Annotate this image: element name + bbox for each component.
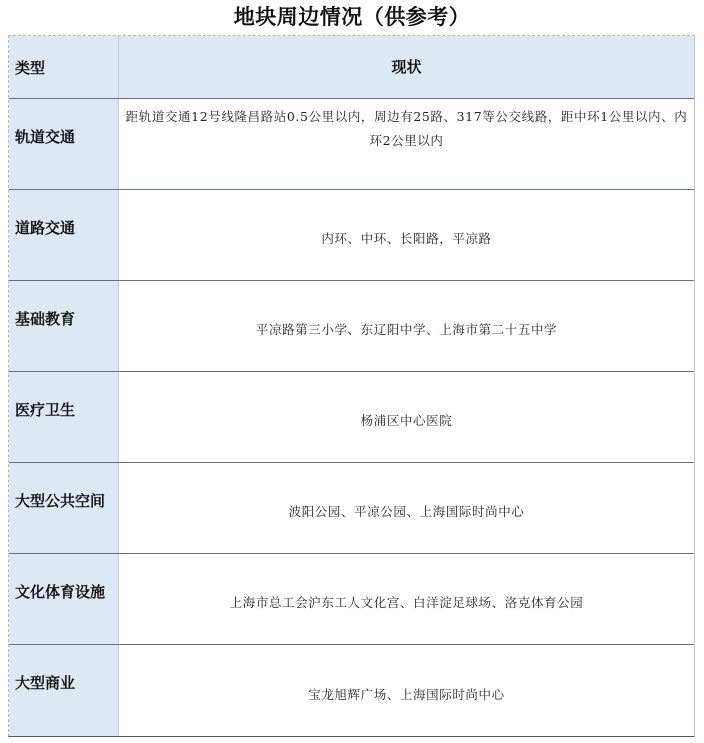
row-type: 轨道交通 [9,99,119,189]
row-status: 内环、中环、长阳路，平凉路 [119,190,694,280]
table-header-row: 类型 现状 [9,36,694,99]
header-status: 现状 [119,36,694,98]
header-type: 类型 [9,36,119,98]
table-row: 基础教育 平凉路第三小学、东辽阳中学、上海市第二十五中学 [9,281,694,372]
surroundings-table: 类型 现状 轨道交通 距轨道交通12号线隆昌路站0.5公里以内，周边有25路、3… [8,35,695,737]
page-title: 地块周边情况（供参考） [0,2,704,32]
row-status: 距轨道交通12号线隆昌路站0.5公里以内，周边有25路、317等公交线路，距中环… [119,99,694,189]
row-status-text: 杨浦区中心医院 [361,409,453,433]
row-type: 大型公共空间 [9,463,119,553]
row-status: 波阳公园、平凉公园、上海国际时尚中心 [119,463,694,553]
row-type: 文化体育设施 [9,554,119,644]
row-status: 杨浦区中心医院 [119,372,694,462]
row-status: 平凉路第三小学、东辽阳中学、上海市第二十五中学 [119,281,694,371]
row-status: 宝龙旭辉广场、上海国际时尚中心 [119,645,694,736]
table-row: 文化体育设施 上海市总工会沪东工人文化宫、白洋淀足球场、洛克体育公园 [9,554,694,645]
row-status-text: 内环、中环、长阳路，平凉路 [321,227,491,251]
row-status-text: 上海市总工会沪东工人文化宫、白洋淀足球场、洛克体育公园 [230,591,584,615]
row-status-text: 波阳公园、平凉公园、上海国际时尚中心 [289,500,525,524]
row-status-text: 宝龙旭辉广场、上海国际时尚中心 [308,683,505,707]
row-status: 上海市总工会沪东工人文化宫、白洋淀足球场、洛克体育公园 [119,554,694,644]
row-type: 医疗卫生 [9,372,119,462]
table-row: 大型商业 宝龙旭辉广场、上海国际时尚中心 [9,645,694,736]
table-row: 大型公共空间 波阳公园、平凉公园、上海国际时尚中心 [9,463,694,554]
table-row: 道路交通 内环、中环、长阳路，平凉路 [9,190,694,281]
row-type: 道路交通 [9,190,119,280]
row-type: 大型商业 [9,645,119,736]
row-status-text: 距轨道交通12号线隆昌路站0.5公里以内，周边有25路、317等公交线路，距中环… [125,105,688,153]
row-status-text: 平凉路第三小学、东辽阳中学、上海市第二十五中学 [256,318,557,342]
table-row: 轨道交通 距轨道交通12号线隆昌路站0.5公里以内，周边有25路、317等公交线… [9,99,694,190]
table-row: 医疗卫生 杨浦区中心医院 [9,372,694,463]
row-type: 基础教育 [9,281,119,371]
